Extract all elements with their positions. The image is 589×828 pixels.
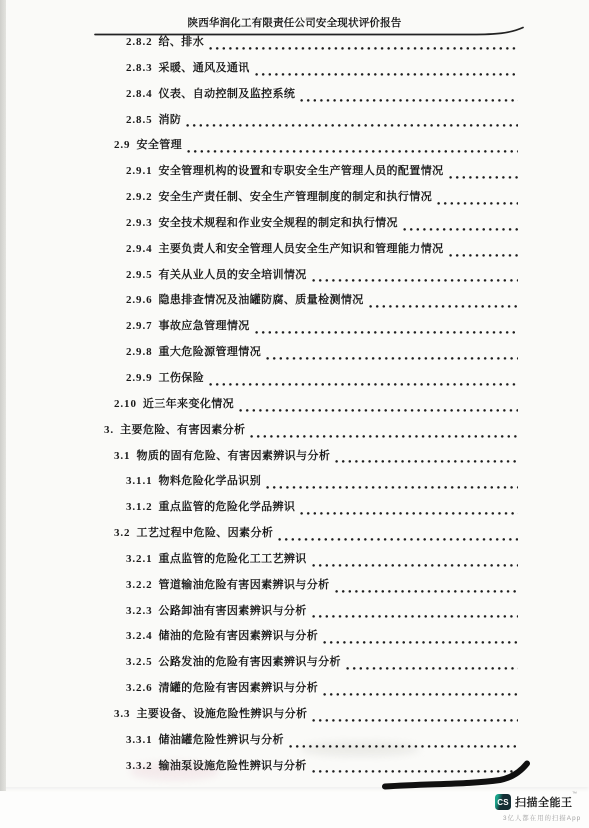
dot-leader — [187, 148, 518, 155]
toc-entry-number: 2.8.4 — [126, 88, 153, 100]
toc-entry-number: 3. — [104, 424, 114, 436]
toc-entry-number: 3.1 — [114, 450, 130, 462]
dot-leader — [250, 433, 518, 440]
toc-entry-title: 事故应急管理情况 — [159, 317, 250, 333]
toc-entry-title: 安全管理机构的设置和专职安全生产管理人员的配置情况 — [159, 162, 444, 178]
dot-leader — [278, 536, 518, 543]
toc-entry-number: 3.2.5 — [126, 656, 153, 668]
dot-leader — [266, 355, 518, 362]
toc-entry: 3.2.1 重点监管的危险化工工艺辨识 — [0, 550, 518, 576]
toc-entry: 2.9.9 工伤保险 — [0, 369, 518, 395]
dot-leader — [437, 200, 518, 207]
toc-entry-number: 2.9.7 — [126, 320, 153, 332]
toc-entry-title: 主要危险、有害因素分析 — [120, 421, 245, 437]
toc-entry-number: 3.2.6 — [126, 682, 153, 694]
toc-entry-title: 安全生产责任制、安全生产管理制度的制定和执行情况 — [159, 188, 433, 204]
toc-entry: 2.9 安全管理 — [0, 136, 518, 162]
toc-entry: 3. 主要危险、有害因素分析 — [0, 421, 518, 447]
toc-entry-number: 3.2.2 — [126, 579, 153, 591]
dot-leader — [300, 510, 518, 517]
camscanner-app-name: 扫描全能王 ™ — [515, 794, 573, 810]
toc-entry-number: 2.9.9 — [126, 372, 153, 384]
scanned-document-page: 陕西华润化工有限责任公司安全现状评价报告 2.8.2 给、排水 2.8.3 采暖… — [0, 0, 589, 787]
toc-entry: 2.8.4 仪表、自动控制及监控系统 — [0, 85, 518, 111]
toc-entry: 2.9.7 事故应急管理情况 — [0, 317, 518, 343]
page-bottom-edge — [6, 776, 589, 787]
toc-entry: 3.1.2 重点监管的危险化学品辨识 — [0, 498, 518, 524]
toc-entry: 3.2.6 清罐的危险有害因素辨识与分析 — [0, 679, 518, 705]
toc-entry-title: 工艺过程中危险、因素分析 — [136, 524, 273, 540]
toc-entry: 3.1.1 物料危险化学品识别 — [0, 472, 518, 498]
toc-entry-title: 物料危险化学品识别 — [159, 472, 262, 488]
dot-leader — [255, 329, 518, 336]
toc-entry: 3.3.1 储油罐危险性辨识与分析 — [0, 731, 518, 757]
toc-entry: 3.2.2 管道输油危险有害因素辨识与分析 — [0, 576, 518, 602]
toc-entry-title: 重大危险源管理情况 — [159, 343, 262, 359]
toc-entry-number: 3.2.4 — [126, 630, 153, 642]
toc-entry-number: 3.3.1 — [126, 734, 153, 746]
toc-entry-title: 主要负责人和安全管理人员安全生产知识和管理能力情况 — [159, 240, 444, 256]
dot-leader — [300, 97, 518, 104]
dot-leader — [255, 71, 518, 78]
document-header-title: 陕西华润化工有限责任公司安全现状评价报告 — [0, 15, 589, 30]
toc-entry-title: 主要设备、设施危险性辨识与分析 — [136, 705, 307, 721]
toc-entry-title: 公路发油的危险有害因素辨识与分析 — [159, 653, 341, 669]
toc-entry-number: 3.3.2 — [126, 760, 153, 772]
toc-entry-number: 3.2.1 — [126, 553, 153, 565]
dot-leader — [323, 691, 518, 698]
toc-entry-title: 安全管理 — [136, 136, 182, 152]
dot-leader — [209, 45, 518, 52]
toc-entry: 3.2 工艺过程中危险、因素分析 — [0, 524, 518, 550]
toc-entry-number: 2.9 — [114, 139, 130, 151]
toc-entry: 3.3 主要设备、设施危险性辨识与分析 — [0, 705, 518, 731]
toc-entry-title: 消防 — [159, 111, 182, 127]
toc-entry-number: 2.8.2 — [126, 36, 153, 48]
dot-leader — [312, 562, 518, 569]
dot-leader — [346, 665, 518, 672]
toc-entry-number: 2.9.1 — [126, 165, 153, 177]
dot-leader — [323, 639, 518, 646]
toc-entry-number: 2.9.3 — [126, 217, 153, 229]
toc-entry-number: 3.3 — [114, 708, 130, 720]
toc-entry-number: 3.2.3 — [126, 605, 153, 617]
toc-entry: 2.8.3 采暖、通风及通讯 — [0, 59, 518, 85]
toc-entry-title: 近三年来变化情况 — [143, 395, 234, 411]
toc-entry-number: 3.2 — [114, 527, 130, 539]
camscanner-app-name-text: 扫描全能王 — [515, 797, 573, 809]
dot-leader — [369, 303, 518, 310]
toc-entry-number: 2.9.8 — [126, 346, 153, 358]
dot-leader — [239, 407, 518, 414]
toc-entry-title: 采暖、通风及通讯 — [159, 59, 250, 75]
dot-leader — [312, 768, 518, 775]
toc-entry-title: 重点监管的危险化学品辨识 — [159, 498, 296, 514]
toc-entry-number: 2.9.5 — [126, 269, 153, 281]
dot-leader — [266, 484, 518, 491]
toc-entry: 3.1 物质的固有危险、有害因素辨识与分析 — [0, 447, 518, 473]
dot-leader — [403, 226, 518, 233]
toc-entry-title: 重点监管的危险化工工艺辨识 — [159, 550, 307, 566]
toc-entry-title: 工伤保险 — [159, 369, 205, 385]
camscanner-tagline: 3亿人都在用的扫描App — [495, 813, 589, 822]
toc-entry-number: 2.8.3 — [126, 62, 153, 74]
camscanner-icon: CS — [495, 794, 511, 810]
toc-entry-title: 清罐的危险有害因素辨识与分析 — [159, 679, 319, 695]
toc-entry-title: 管道输油危险有害因素辨识与分析 — [159, 576, 330, 592]
toc-entry-number: 2.9.6 — [126, 294, 153, 306]
toc-entry-number: 2.8.5 — [126, 114, 153, 126]
trademark-mark: ™ — [572, 791, 578, 797]
toc-entry: 2.9.2 安全生产责任制、安全生产管理制度的制定和执行情况 — [0, 188, 518, 214]
table-of-contents: 2.8.2 给、排水 2.8.3 采暖、通风及通讯 2.8.4 仪表、自动控制及… — [0, 33, 518, 782]
camscanner-watermark: CS 扫描全能王 ™ 3亿人都在用的扫描App — [495, 794, 589, 822]
dot-leader — [289, 743, 518, 750]
toc-entry-title: 隐患排查情况及油罐防腐、质量检测情况 — [159, 291, 364, 307]
toc-entry: 2.9.8 重大危险源管理情况 — [0, 343, 518, 369]
toc-entry-number: 3.1.1 — [126, 475, 153, 487]
toc-entry: 2.9.4 主要负责人和安全管理人员安全生产知识和管理能力情况 — [0, 240, 518, 266]
toc-entry-number: 3.1.2 — [126, 501, 153, 513]
toc-entry-title: 公路卸油有害因素辨识与分析 — [159, 602, 307, 618]
toc-entry-number: 2.9.4 — [126, 243, 153, 255]
toc-entry: 2.9.1 安全管理机构的设置和专职安全生产管理人员的配置情况 — [0, 162, 518, 188]
toc-entry: 3.2.3 公路卸油有害因素辨识与分析 — [0, 602, 518, 628]
dot-leader — [335, 588, 519, 595]
dot-leader — [449, 252, 519, 259]
toc-entry-title: 仪表、自动控制及监控系统 — [159, 85, 296, 101]
toc-entry: 2.8.5 消防 — [0, 111, 518, 137]
toc-entry-title: 有关从业人员的安全培训情况 — [159, 266, 307, 282]
toc-entry: 2.9.6 隐患排查情况及油罐防腐、质量检测情况 — [0, 291, 518, 317]
toc-entry-number: 2.10 — [114, 398, 137, 410]
toc-entry: 3.2.5 公路发油的危险有害因素辨识与分析 — [0, 653, 518, 679]
dot-leader — [335, 458, 518, 465]
toc-entry-title: 储油的危险有害因素辨识与分析 — [159, 627, 319, 643]
toc-entry: 2.9.5 有关从业人员的安全培训情况 — [0, 266, 518, 292]
toc-entry-title: 给、排水 — [159, 33, 205, 49]
dot-leader — [449, 174, 519, 181]
toc-entry: 2.8.2 给、排水 — [0, 33, 518, 59]
toc-entry-title: 物质的固有危险、有害因素辨识与分析 — [136, 447, 330, 463]
dot-leader — [312, 717, 518, 724]
toc-entry-title: 安全技术规程和作业安全规程的制定和执行情况 — [159, 214, 398, 230]
toc-entry: 2.10 近三年来变化情况 — [0, 395, 518, 421]
dot-leader — [312, 277, 518, 284]
toc-entry-number: 2.9.2 — [126, 191, 153, 203]
dot-leader — [209, 381, 518, 388]
dot-leader — [312, 613, 518, 620]
toc-entry-title: 储油罐危险性辨识与分析 — [159, 731, 284, 747]
dot-leader — [186, 122, 518, 129]
toc-entry-title: 输油泵设施危险性辨识与分析 — [159, 757, 307, 773]
toc-entry: 3.2.4 储油的危险有害因素辨识与分析 — [0, 627, 518, 653]
toc-entry: 2.9.3 安全技术规程和作业安全规程的制定和执行情况 — [0, 214, 518, 240]
